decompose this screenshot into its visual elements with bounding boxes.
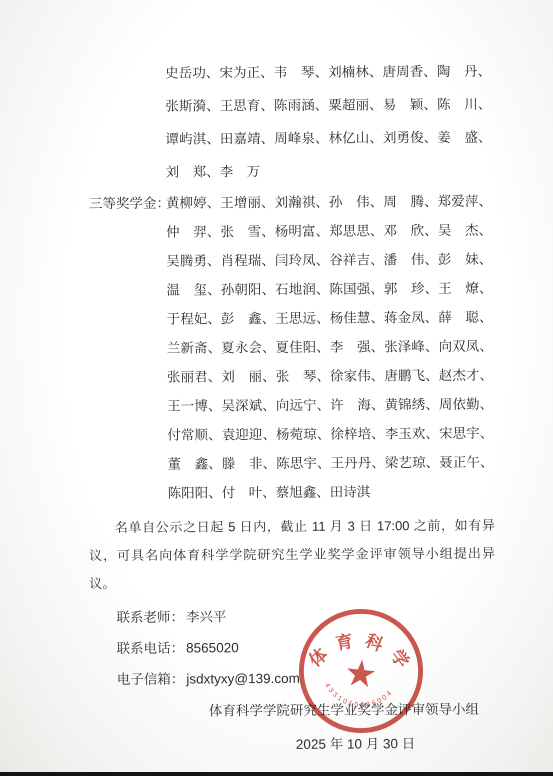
objection-notice: 名单自公示之日起 5 日内，截止 11 月 3 日 17:00 之前，如有异 议… — [89, 512, 496, 598]
recipient-line: 付常顺、袁迎迎、杨菀琼、徐梓培、李玉欢、宋思宇、 — [167, 419, 493, 450]
contact-email-label: 电子信箱： — [117, 672, 185, 687]
contact-phone-value: 8565020 — [186, 640, 239, 655]
recipient-list-continued: 史岳功、宋为正、韦 琴、刘楠林、唐周香、陶 丹、 张斯漪、王思育、陈雨涵、粟超丽… — [165, 55, 492, 189]
recipient-line: 董 鑫、滕 非、陈思宇、王丹丹、梁艺琼、聂正午、 — [167, 448, 493, 479]
contact-phone-label: 联系电话： — [117, 641, 185, 656]
photo-bottom-edge — [0, 772, 553, 776]
recipient-line: 张丽君、刘 丽、张 琴、徐家伟、唐鹏飞、赵杰才、 — [167, 361, 493, 392]
contact-email-value: jsdxtyxy@139.com — [186, 671, 300, 687]
contact-email: 电子信箱：jsdxtyxy@139.com — [117, 661, 553, 695]
contact-teacher-label: 联系老师： — [116, 610, 184, 625]
recipient-line: 兰新斋、夏永会、夏佳阳、李 强、张泽峰、向双凤、 — [167, 332, 493, 363]
third-prize-section: 三等奖学金： 黄柳婷、王增丽、刘瀚祺、孙 伟、周 腾、郑爱萍、 仲 羿、张 雪、… — [0, 186, 553, 508]
recipient-line: 陈阳阳、付 叶、蔡旭鑫、田诗淇 — [168, 477, 494, 508]
recipient-line: 王一博、吴深斌、向远宁、许 海、黄锦绣、周依勤、 — [167, 390, 493, 421]
recipient-line: 于程妃、彭 鑫、王思远、杨佳慧、蒋金凤、薛 聪、 — [167, 303, 493, 334]
recipient-line: 仲 羿、张 雪、杨明富、郑思思、邓 欣、吴 杰、 — [166, 216, 492, 247]
recipient-line: 史岳功、宋为正、韦 琴、刘楠林、唐周香、陶 丹、 — [165, 55, 491, 90]
third-prize-label: 三等奖学金： — [89, 189, 168, 508]
recipient-line: 谭屿淇、田嘉靖、周峰泉、林亿山、刘勇俊、姜 盛、 — [165, 121, 491, 156]
contact-phone: 联系电话：8565020 — [117, 630, 553, 664]
issue-date: 2025 年 10 月 30 日 — [2, 728, 553, 761]
contact-info: 联系老师：李兴平 联系电话：8565020 电子信箱：jsdxtyxy@139.… — [116, 599, 553, 695]
notice-line: 议，可具名向体育科学学院研究生学业奖学金评审领导小组提出异议。 — [89, 540, 495, 598]
third-prize-recipient-list: 黄柳婷、王增丽、刘瀚祺、孙 伟、周 腾、郑爱萍、 仲 羿、张 雪、杨明富、郑思思… — [166, 187, 494, 508]
notice-line: 名单自公示之日起 5 日内，截止 11 月 3 日 17:00 之前，如有异 — [89, 512, 495, 542]
signature-block: 体育科学学院研究生学业奖学金评审领导小组 2025 年 10 月 30 日 — [2, 694, 553, 761]
recipient-line: 吴腾勇、肖程瑞、闫玲凤、谷祥吉、潘 伟、彭 妹、 — [166, 245, 492, 276]
contact-teacher-value: 李兴平 — [186, 609, 227, 624]
recipient-line: 张斯漪、王思育、陈雨涵、粟超丽、易 颖、陈 川、 — [165, 88, 491, 123]
recipient-line: 刘 郑、李 万 — [166, 154, 492, 189]
issuing-organization: 体育科学学院研究生学业奖学金评审领导小组 — [2, 694, 553, 727]
contact-teacher: 联系老师：李兴平 — [116, 599, 553, 633]
recipient-line: 温 玺、孙朝阳、石地润、陈国强、郭 珍、王 燎、 — [166, 274, 492, 305]
recipient-line: 黄柳婷、王增丽、刘瀚祺、孙 伟、周 腾、郑爱萍、 — [166, 187, 492, 218]
announcement-document: 史岳功、宋为正、韦 琴、刘楠林、唐周香、陶 丹、 张斯漪、王思育、陈雨涵、粟超丽… — [0, 0, 553, 762]
